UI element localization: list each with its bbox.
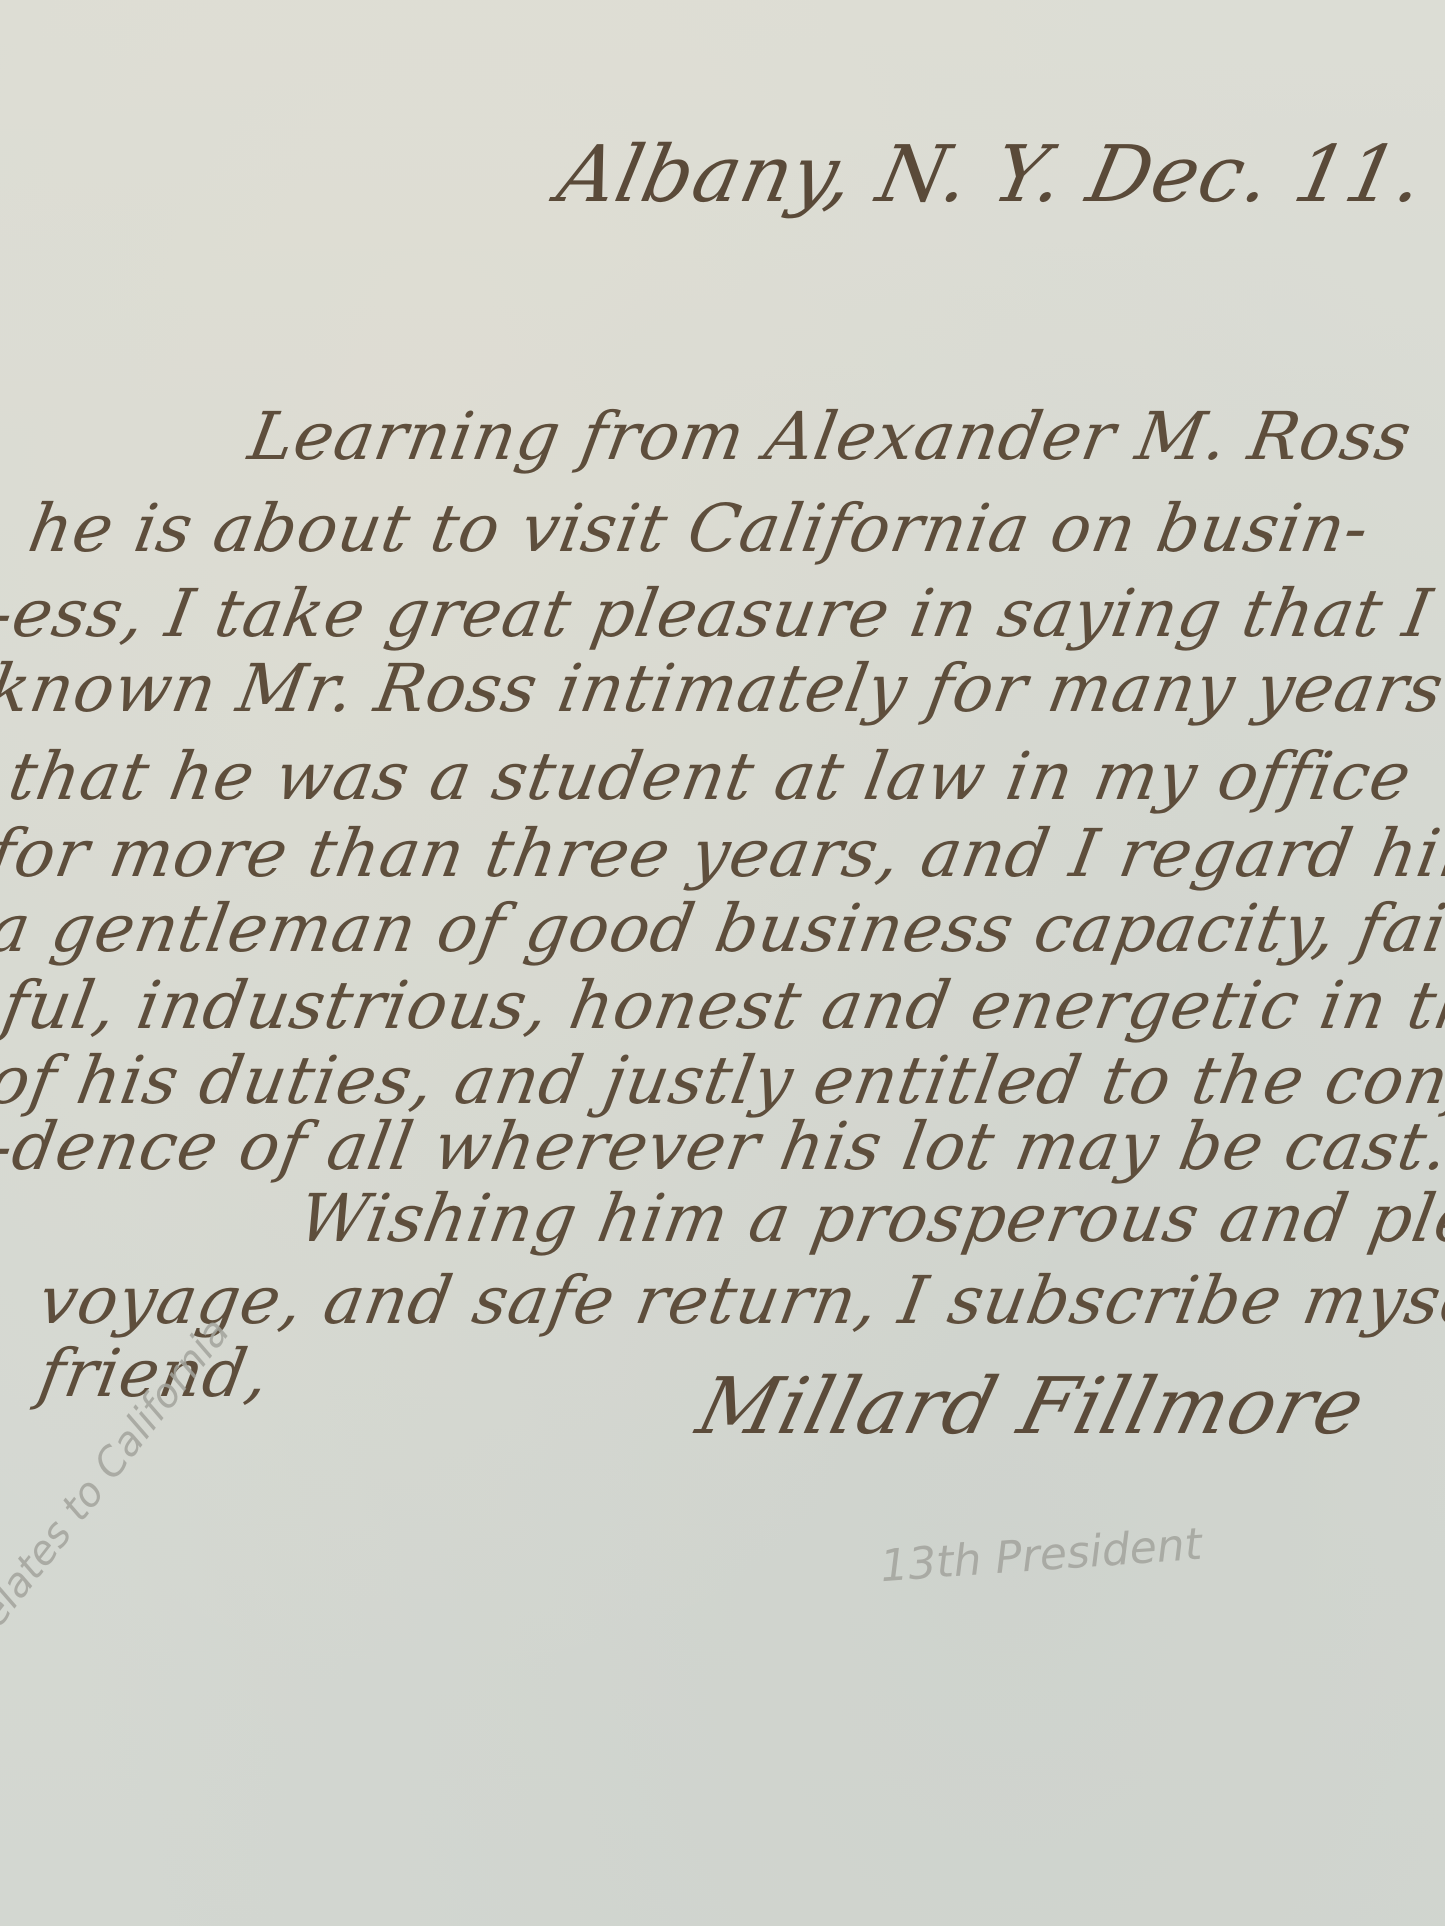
letter-line-4: known Mr. Ross intimately for many years (0, 650, 1445, 727)
letter-line-6: for more than three years, and I regard … (0, 815, 1445, 892)
letter-line-11: Wishing him a prosperous and pleasant (293, 1180, 1445, 1257)
letter-page: Albany, N. Y. Dec. 11. 1848 Learning fro… (0, 0, 1445, 1926)
letter-line-3: -ess, I take great pleasure in saying th… (0, 575, 1445, 652)
letter-line-1: Learning from Alexander M. Ross (243, 398, 1417, 475)
letter-line-10: -dence of all wherever his lot may be ca… (0, 1108, 1445, 1185)
letter-line-7: a gentleman of good business capacity, f… (0, 890, 1445, 967)
letter-line-8: -ful, industrious, honest and energetic … (0, 967, 1445, 1044)
pencil-note-president: 13th President (879, 1519, 1204, 1592)
letter-line-2: he is about to visit California on busin… (23, 490, 1375, 567)
dateline: Albany, N. Y. Dec. 11. 1848 (550, 130, 1445, 220)
letter-line-5: that he was a student at law in my offic… (3, 738, 1417, 815)
signature: Millard Fillmore (689, 1362, 1374, 1452)
letter-line-12: voyage, and safe return, I subscribe mys… (33, 1262, 1445, 1339)
